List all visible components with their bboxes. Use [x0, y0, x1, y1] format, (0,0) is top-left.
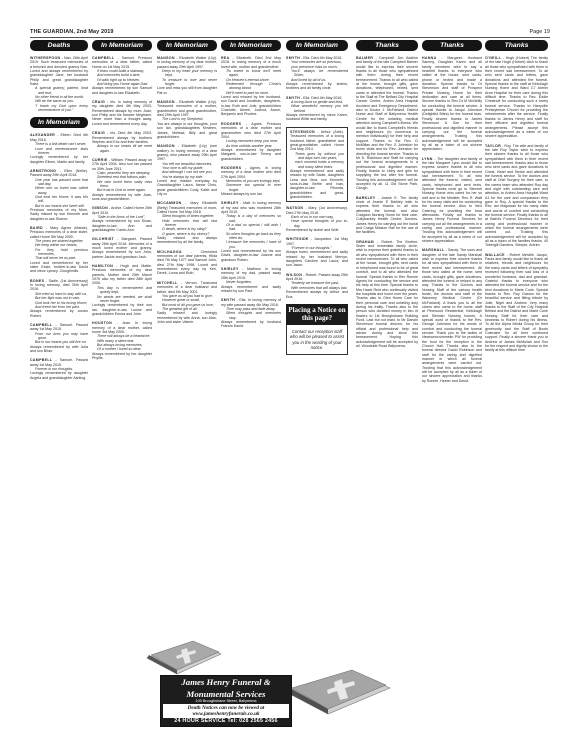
- notice-text: - Campbell. Jim, Adaline and family of t…: [356, 56, 418, 190]
- verse-line: So when thoughts go back as they often d…: [226, 232, 281, 241]
- notice-entry: WALLACE - Robert Melville. Jacqui, Paula…: [485, 253, 548, 353]
- notice-signoff: Sadly missed and lovingly remembered by …: [157, 311, 217, 324]
- notice-signoff: Sadly missed and always remembered by al…: [157, 236, 217, 245]
- verse-line: For they hold precious memories,: [35, 248, 88, 257]
- notice-entry: LYNN - The daughter and family of the la…: [422, 157, 482, 244]
- section-header: In Memoriam: [30, 117, 88, 128]
- verse-line: Tis sweet to know we'll meet again,: [226, 69, 281, 78]
- notice-text: - The daughter and family of the late Ma…: [422, 157, 482, 244]
- column-6: ThanksBALMER - Campbell. Jim, Adaline an…: [356, 40, 418, 353]
- newspaper-title: THE GUARDIAN, 2nd May 2019: [30, 29, 114, 35]
- notice-entry: HOUSTON - Jean. In loving memory of a de…: [92, 321, 152, 360]
- notice-verse: Calm, peaceful they are sleeping,Sweetes…: [92, 171, 152, 193]
- notice-signoff: Lovingly remembered by her daughter Eile…: [30, 155, 88, 164]
- masthead: THE GUARDIAN, 2nd May 2019 Page 19: [30, 29, 550, 37]
- notice-entry: ALEXANDER - Eileen. Died 4th May 2016.Th…: [30, 133, 88, 163]
- advert-line2: Monumental Services: [161, 690, 291, 700]
- notice-entry: HAMILTON - Hugh and Mattie. Precious mem…: [92, 264, 152, 316]
- notice-verse: Today is a day of memories so sad,Of a d…: [221, 214, 281, 249]
- notice-entry: SMYTH - Ella. In loving memory of my wif…: [221, 298, 281, 328]
- notice-verse: She tried so hard to stay with us,But he…: [30, 292, 88, 309]
- verse-line: You'll always be remembered Sister,: [291, 69, 348, 78]
- notice-verse: Silent thoughts of times together,Hold m…: [157, 214, 217, 236]
- notice-verse: You left me beautiful memories,Your love…: [157, 162, 217, 179]
- notice-entry: ARMSTRONG - Ellen (Nellie). Passed away …: [30, 169, 88, 221]
- notice-verse: A loving Aunt so gentle and kind,What wo…: [286, 100, 348, 113]
- notice-verse: Time may pass and fade away,Silent thoug…: [221, 307, 281, 320]
- notice-entry: GIBSON - Archie. Called Home 26th April …: [92, 206, 152, 232]
- notice-verse: Each of us in our own way,Have special t…: [286, 215, 348, 228]
- notice-verse: Deep in my heart your memory is kept,To …: [157, 69, 217, 86]
- notice-signoff: Always remembered by son Samuel and daug…: [92, 86, 152, 95]
- notice-text: - Robert. The Brother, Sister and immedi…: [356, 240, 418, 348]
- notice-entry: STEVENSON - Arthur (Artie). Treasured me…: [286, 127, 348, 203]
- advert-line1: James Henry Funeral &: [161, 678, 291, 688]
- notice-verse: This day is remembered and quietly kept,…: [92, 286, 152, 303]
- notice-entry: CRAIG - Iris. In loving memory of my dau…: [92, 100, 152, 126]
- verse-line: God took her Home; It was His will,: [35, 195, 88, 204]
- notice-entry: CAMPBELL - Samuel. Precious memories of …: [92, 56, 152, 95]
- verse-line: But her fight was not in vain,: [35, 296, 88, 300]
- verse-line: But trust in God to meet again.: [97, 188, 152, 192]
- advert-phone: 24 HOUR SERVICE Tel: 028 2565 2456: [161, 718, 291, 725]
- verse-line: What wonderful memory you left behind.: [291, 104, 348, 113]
- notice-entry: BAIRD - Mary Agnes (Maisie). Precious me…: [30, 226, 88, 274]
- notice-verse: There is a link death can't sever,Love a…: [30, 142, 88, 155]
- notice-entry: MARSHALL - Sandy. The sons and daughter …: [422, 248, 482, 383]
- notice-verse: If tears could build a stairway,And memo…: [92, 69, 152, 86]
- notice-entry: SMYTH - Ella. Died 4th May 2016.Your mem…: [286, 56, 348, 91]
- notice-signoff: Missed always by son Ian.: [221, 192, 281, 196]
- notice-entry: TAYLOR - Roy. The wife and family of the…: [485, 144, 548, 248]
- verse-line: Of a dad so special I still wish I had.: [226, 223, 281, 232]
- verse-line: From our lives you may have gone,: [35, 332, 88, 341]
- notice-signoff: Always remembered by wife Joan, sons and…: [92, 193, 152, 202]
- notice-signoff: Always remembered by husband Francis Dav…: [221, 320, 281, 329]
- notice-signoff: Always remembered and sadly missed by wi…: [290, 169, 344, 199]
- section-header: In Memoriam: [92, 40, 152, 51]
- masthead-rule: [30, 37, 550, 38]
- verse-line: One year has passed since that sad day,: [35, 178, 88, 187]
- funeral-director-advert: James Henry Funeral & Monumental Service…: [160, 675, 292, 727]
- notice-entry: SHIRLEY - Matthew. In loving memory of m…: [221, 267, 281, 293]
- notice-entry: SHIRLEY - Matt. In loving memory of my d…: [221, 201, 281, 262]
- verse-line: I treasure the memories I have of you.: [226, 240, 281, 249]
- placing-notice-body: Contact our reception staff who will be …: [286, 325, 348, 356]
- notice-entry: WITHERSPOON - Nan. 26th April 2019. Such…: [30, 56, 88, 112]
- notice-signoff: Always remembered and sadly missed by so…: [221, 285, 281, 294]
- notice-text: - Margaret. Husband Sammy, Daughter Kare…: [422, 56, 482, 151]
- notice-signoff: Remembered by Isobel and Wolf.: [286, 228, 348, 232]
- notice-entry: WATSON - Mary. (1st Anniversary). Died 2…: [286, 206, 348, 232]
- column-8: ThanksO'NEILL - Hugh (Hubert) The family…: [485, 40, 548, 358]
- notice-signoff: Loved and missed everyday by Granddaught…: [157, 179, 217, 196]
- verse-line: Sweetest rest that follows pain,: [97, 175, 152, 179]
- column-3: In MemoriamMANSON - Elizabeth Walker (Li…: [157, 40, 217, 329]
- verse-line: Have special thoughts of you to-day.: [291, 219, 348, 228]
- notice-entry: RODGERS - Agnes. In loving memory of a d…: [221, 166, 281, 196]
- notice-signoff: Always remembered by niece Karen, husban…: [286, 113, 348, 122]
- notice-entry: BARKLEY - Jeanie E. The family circle of…: [356, 196, 418, 235]
- notice-entry: SMYTH - Ella. Died 4th May 2016.A loving…: [286, 96, 348, 122]
- verse-line: Hold memories that will last forever: [162, 219, 217, 228]
- notice-verse: Memories of you are lovingly kept,Someon…: [221, 179, 281, 192]
- notice-verse: You gave us all you had to give,However …: [157, 294, 217, 311]
- notice-entry: O'NEILL - Hugh (Hubert) The family of th…: [485, 56, 548, 139]
- notice-entry: MANSON - Elizabeth Walker (Lily). In lov…: [157, 56, 217, 95]
- notice-entry: MCILHAGGA - Cherished memories of our de…: [157, 250, 217, 276]
- page-number: Page 19: [530, 29, 551, 35]
- verse-line: Silent thoughts and memories stay.: [226, 311, 281, 320]
- placing-notice-title: Placing a Notice on this page?: [286, 304, 348, 325]
- verse-line: There will always be a heartache,: [97, 334, 152, 338]
- verse-line: And although I can not see you,: [162, 170, 217, 174]
- notice-verse: The years we shared together,We keep wit…: [30, 239, 88, 261]
- notice-text: - Elizabeth. Died 2nd May 2018. In lovin…: [221, 56, 281, 69]
- verse-line: Times goes by without you and days turn …: [295, 152, 344, 161]
- section-header: Thanks: [356, 40, 418, 51]
- notice-signoff: Loved and remembered by his son David, d…: [221, 249, 281, 262]
- section-header: Thanks: [485, 40, 548, 51]
- notice-text: - Hugh (Hubert) The family of the late H…: [485, 56, 548, 138]
- notice-entry: GRAHAM - Robert. The Brother, Sister and…: [356, 240, 418, 349]
- notice-signoff: Love and miss you still from daughter Pa…: [157, 86, 217, 95]
- notice-entry: BONES - Sadie. (1st Anniversary) In lovi…: [30, 279, 88, 318]
- notice-entry: WILSON - Robert. Passed away 25th April …: [286, 273, 348, 299]
- notice-entry: GILCHRIST - Margaret. Passed away 26th A…: [92, 237, 152, 259]
- notice-entry: MANSON - Elizabeth (Lily) (nee walker)- …: [157, 144, 217, 196]
- notice-text: - Cherished memories of our dear parents…: [157, 250, 217, 276]
- notice-entry: MCCAMMON - Mary Elizabeth (Betty) Treasu…: [157, 201, 217, 244]
- notice-verse: Times goes by without you and days turn …: [290, 152, 344, 169]
- verse-line: Loving memories keep you near,: [226, 139, 281, 143]
- notice-verse: Always in our hearts till we meet again.: [92, 144, 152, 153]
- column-2: In MemoriamCAMPBELL - Samuel. Precious m…: [92, 40, 152, 365]
- notice-signoff: Loved and remembered by her sister Essie…: [30, 261, 88, 274]
- notice-entry: CURRIE - William. Passed away on 27th Ap…: [92, 158, 152, 201]
- notice-text: - Robert Melville. Jacqui, Paula and fam…: [485, 253, 548, 353]
- section-header: Thanks: [422, 40, 482, 51]
- notice-signoff: You are always in our thoughts, your son…: [157, 122, 217, 139]
- section-header: Deaths: [30, 40, 88, 51]
- notice-verse: There will always be a heartache,With ma…: [92, 334, 152, 351]
- notice-verse: From our lives you may have gone,But in …: [30, 332, 88, 345]
- notice-signoff: Lovingly remembered by their son Ian, da…: [92, 303, 152, 316]
- notice-signoff: Remembered always by Arthur and Ena.: [286, 290, 348, 299]
- notice-signoff: Always remembered by sisters, brothers a…: [286, 82, 348, 91]
- bible-icon: [282, 668, 392, 718]
- verse-line: Always in our hearts till we meet again.: [97, 144, 152, 153]
- notice-text: - Nan. 26th April 2019. Such treasured m…: [30, 56, 88, 86]
- verse-line: A special granny, patient, kind and true…: [35, 86, 88, 95]
- notice-text: - Sandy. The sons and daughter of the la…: [422, 248, 482, 382]
- notice-entry: MITCHELL - Vernon. Treasured memories of…: [157, 281, 217, 324]
- notice-signoff: Always remembered by daughter Margaret, …: [221, 148, 281, 161]
- verse-line: Love and remembrance lasts forever.: [35, 147, 88, 156]
- advert-website-link[interactable]: www.jameshenryfunerals.co.uk: [163, 711, 289, 717]
- notice-signoff: Always loved, remembered and sadly misse…: [286, 250, 348, 267]
- verse-line: "I thank my God upon every remembrance o…: [35, 104, 88, 113]
- verse-line: When one so loved was called away,: [35, 186, 88, 195]
- verse-line: No words are needed, we shall never forg…: [97, 295, 152, 304]
- verse-line: But in our hearts you still live on.: [35, 340, 88, 344]
- notice-entry: MANSON - Elizabeth Walker (Lily). Treasu…: [157, 100, 217, 139]
- notice-verse: Your memories are so precious,your prese…: [286, 60, 348, 82]
- notice-signoff: Always remembered by cousin Robert.: [30, 309, 88, 318]
- notice-verse: One year has passed since that sad day,W…: [30, 178, 88, 208]
- bible-icon: [143, 640, 223, 676]
- verse-line: To treasure to love and never forget.: [162, 78, 217, 87]
- notice-verse: A special granny, patient, kind and true…: [30, 86, 88, 112]
- verse-line: There is a link death can't sever,: [35, 142, 88, 146]
- notice-text: - Iris. In loving memory of my daughter …: [92, 100, 152, 126]
- notice-text: - Jeanie E. The family circle of Jeanie …: [356, 196, 418, 235]
- notice-signoff: Always remembered by son Sloan, daughter…: [92, 219, 152, 232]
- column-1: DeathsWITHERSPOON - Nan. 26th April 2019…: [30, 40, 88, 385]
- notice-signoff: Always remembered by her daughter Phylli…: [92, 352, 152, 361]
- verse-line: We who loved them sadly miss them,: [97, 180, 152, 189]
- column-7: ThanksHANNA - Margaret. Husband Sammy, D…: [422, 40, 482, 388]
- notice-verse: Loving memories keep you near,As time un…: [221, 139, 281, 148]
- verse-line: Someone too special to ever forget.: [226, 183, 281, 192]
- notice-signoff: Loved and missed by her husband, son Dav…: [221, 95, 281, 117]
- verse-line: each moment holds a memory and many sile…: [295, 160, 344, 169]
- notice-entry: CAMPBELL - Samuel. Passed away 1st May 2…: [30, 323, 88, 353]
- notice-text: - Roy. The wife and family of the late R…: [485, 144, 548, 248]
- notice-signoff: Precious memories of my Mum. Sadly misse…: [30, 208, 88, 221]
- notice-verse: Tenderly we treasure the past,With memor…: [286, 281, 348, 290]
- notice-entry: REA - Elizabeth. Died 2nd May 2018. In l…: [221, 56, 281, 117]
- verse-line: Deep in my heart your memory is kept,: [162, 69, 217, 78]
- notice-entry: CRAIG - Iris. Died 4th May 2003. Remembe…: [92, 131, 152, 153]
- notice-verse: Tis sweet to know we'll meet again,On He…: [221, 69, 281, 95]
- notice-entry: RODGERS - Agnes. Precious memories of a …: [221, 122, 281, 161]
- verse-line: Redeemed through Christ's atoning blood,: [226, 82, 281, 91]
- notice-entry: HANNA - Margaret. Husband Sammy, Daughte…: [422, 56, 482, 152]
- column-5: In MemoriamSMYTH - Ella. Died 4th May 20…: [286, 40, 348, 355]
- notice-signoff: Always remembered by wife Julia and son …: [30, 345, 88, 354]
- notice-entry: CAMPBELL - Samuel. Passed away 1st May 2…: [30, 358, 88, 380]
- section-header: In Memoriam: [286, 40, 348, 51]
- notice-signoff: Lovingly remembered by daughter Angela a…: [30, 371, 88, 380]
- verse-line: Today is a day of memories so sad,: [226, 214, 281, 223]
- column-4: In MemoriamREA - Elizabeth. Died 2nd May…: [221, 40, 281, 334]
- verse-line: This day is remembered and quietly kept,: [97, 286, 152, 295]
- section-header: In Memoriam: [221, 40, 281, 51]
- advert-notice: Death Notices can now be viewed at www.j…: [163, 704, 289, 718]
- notice-entry: WHITESIDE - Jacqueline. 1st May 1997."Fo…: [286, 237, 348, 267]
- section-header: In Memoriam: [157, 40, 217, 51]
- notice-entry: BALMER - Campbell. Jim, Adaline and fami…: [356, 56, 418, 191]
